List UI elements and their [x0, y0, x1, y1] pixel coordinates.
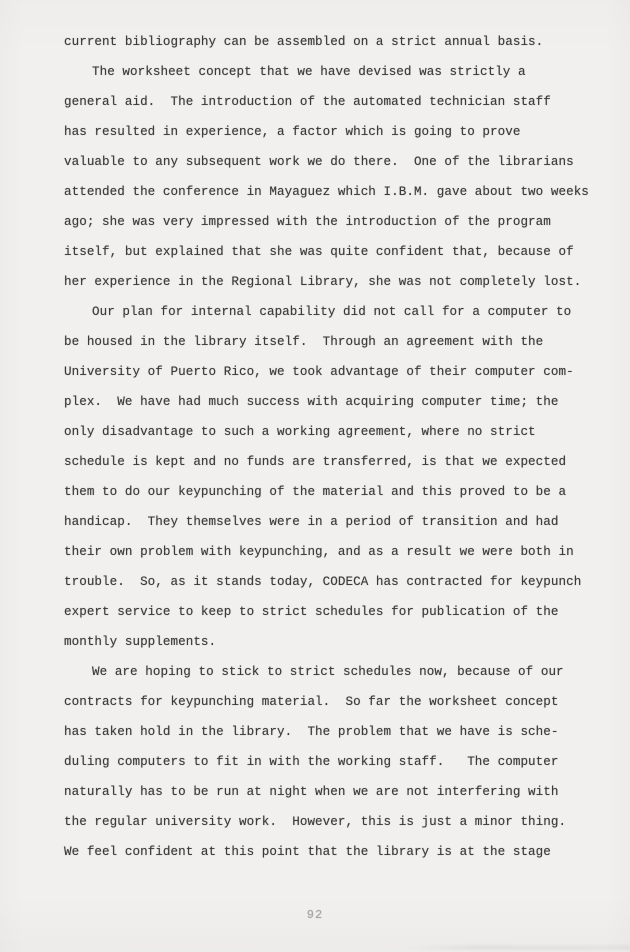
typewritten-text-block: current bibliography can be assembled on… [64, 27, 604, 867]
text-line: Our plan for internal capability did not… [64, 297, 604, 327]
text-line: their own problem with keypunching, and … [64, 537, 604, 567]
text-line: has taken hold in the library. The probl… [64, 717, 604, 747]
text-line: duling computers to fit in with the work… [64, 747, 604, 777]
text-line: plex. We have had much success with acqu… [64, 387, 604, 417]
text-line: only disadvantage to such a working agre… [64, 417, 604, 447]
text-line: general aid. The introduction of the aut… [64, 87, 604, 117]
text-line: schedule is kept and no funds are transf… [64, 447, 604, 477]
text-line: We are hoping to stick to strict schedul… [64, 657, 604, 687]
text-line: valuable to any subsequent work we do th… [64, 147, 604, 177]
text-line: monthly supplements. [64, 627, 604, 657]
text-line: naturally has to be run at night when we… [64, 777, 604, 807]
text-line: has resulted in experience, a factor whi… [64, 117, 604, 147]
text-line: The worksheet concept that we have devis… [64, 57, 604, 87]
text-line: the regular university work. However, th… [64, 807, 604, 837]
scan-artifact [405, 945, 630, 950]
text-line: contracts for keypunching material. So f… [64, 687, 604, 717]
text-line: trouble. So, as it stands today, CODECA … [64, 567, 604, 597]
text-line: handicap. They themselves were in a peri… [64, 507, 604, 537]
text-line: itself, but explained that she was quite… [64, 237, 604, 267]
text-line: expert service to keep to strict schedul… [64, 597, 604, 627]
text-line: University of Puerto Rico, we took advan… [64, 357, 604, 387]
text-line: current bibliography can be assembled on… [64, 27, 604, 57]
page-number: 92 [0, 905, 630, 925]
text-line: attended the conference in Mayaguez whic… [64, 177, 604, 207]
text-line: them to do our keypunching of the materi… [64, 477, 604, 507]
text-line: be housed in the library itself. Through… [64, 327, 604, 357]
text-line: We feel confident at this point that the… [64, 837, 604, 867]
text-line: ago; she was very impressed with the int… [64, 207, 604, 237]
text-line: her experience in the Regional Library, … [64, 267, 604, 297]
